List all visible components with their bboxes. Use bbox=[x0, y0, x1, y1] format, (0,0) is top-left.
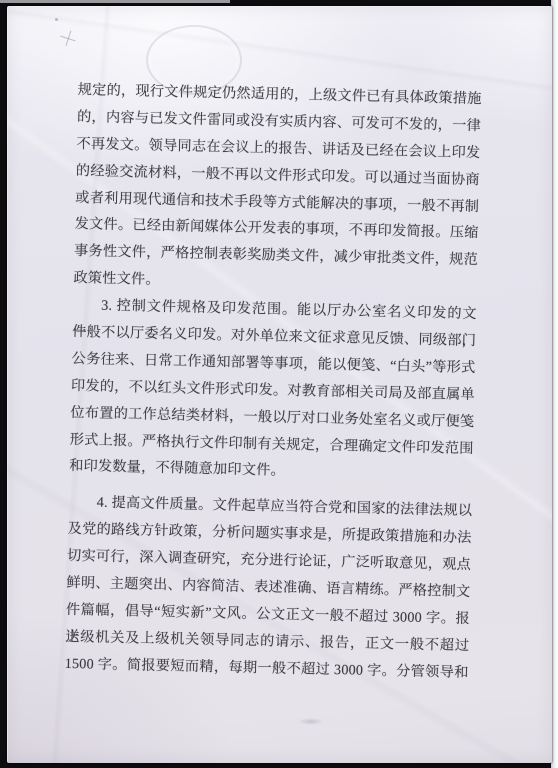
paragraph: 4. 提高文件质量。文件起草应当符合党和国家的法律法规以及党的路线方针政策，分析… bbox=[64, 489, 472, 686]
document-text: 规定的，现行文件规定仍然适用的，上级文件已有具体政策措施的，内容与已发文件雷同或… bbox=[64, 77, 482, 687]
smudge-mark bbox=[298, 718, 324, 725]
paragraph: 规定的，现行文件规定仍然适用的，上级文件已有具体政策措施的，内容与已发文件雷同或… bbox=[73, 77, 482, 301]
speck-mark bbox=[55, 18, 58, 21]
scanner-edge bbox=[551, 0, 558, 768]
scanner-edge-top bbox=[0, 0, 230, 3]
scan-viewport: 规定的，现行文件规定仍然适用的，上级文件已有具体政策措施的，内容与已发文件雷同或… bbox=[0, 0, 558, 768]
paragraph: 3. 控制文件规格及印发范围。能以厅办公室名义印发的文件，一般不以厅委名义印发。… bbox=[69, 292, 477, 489]
